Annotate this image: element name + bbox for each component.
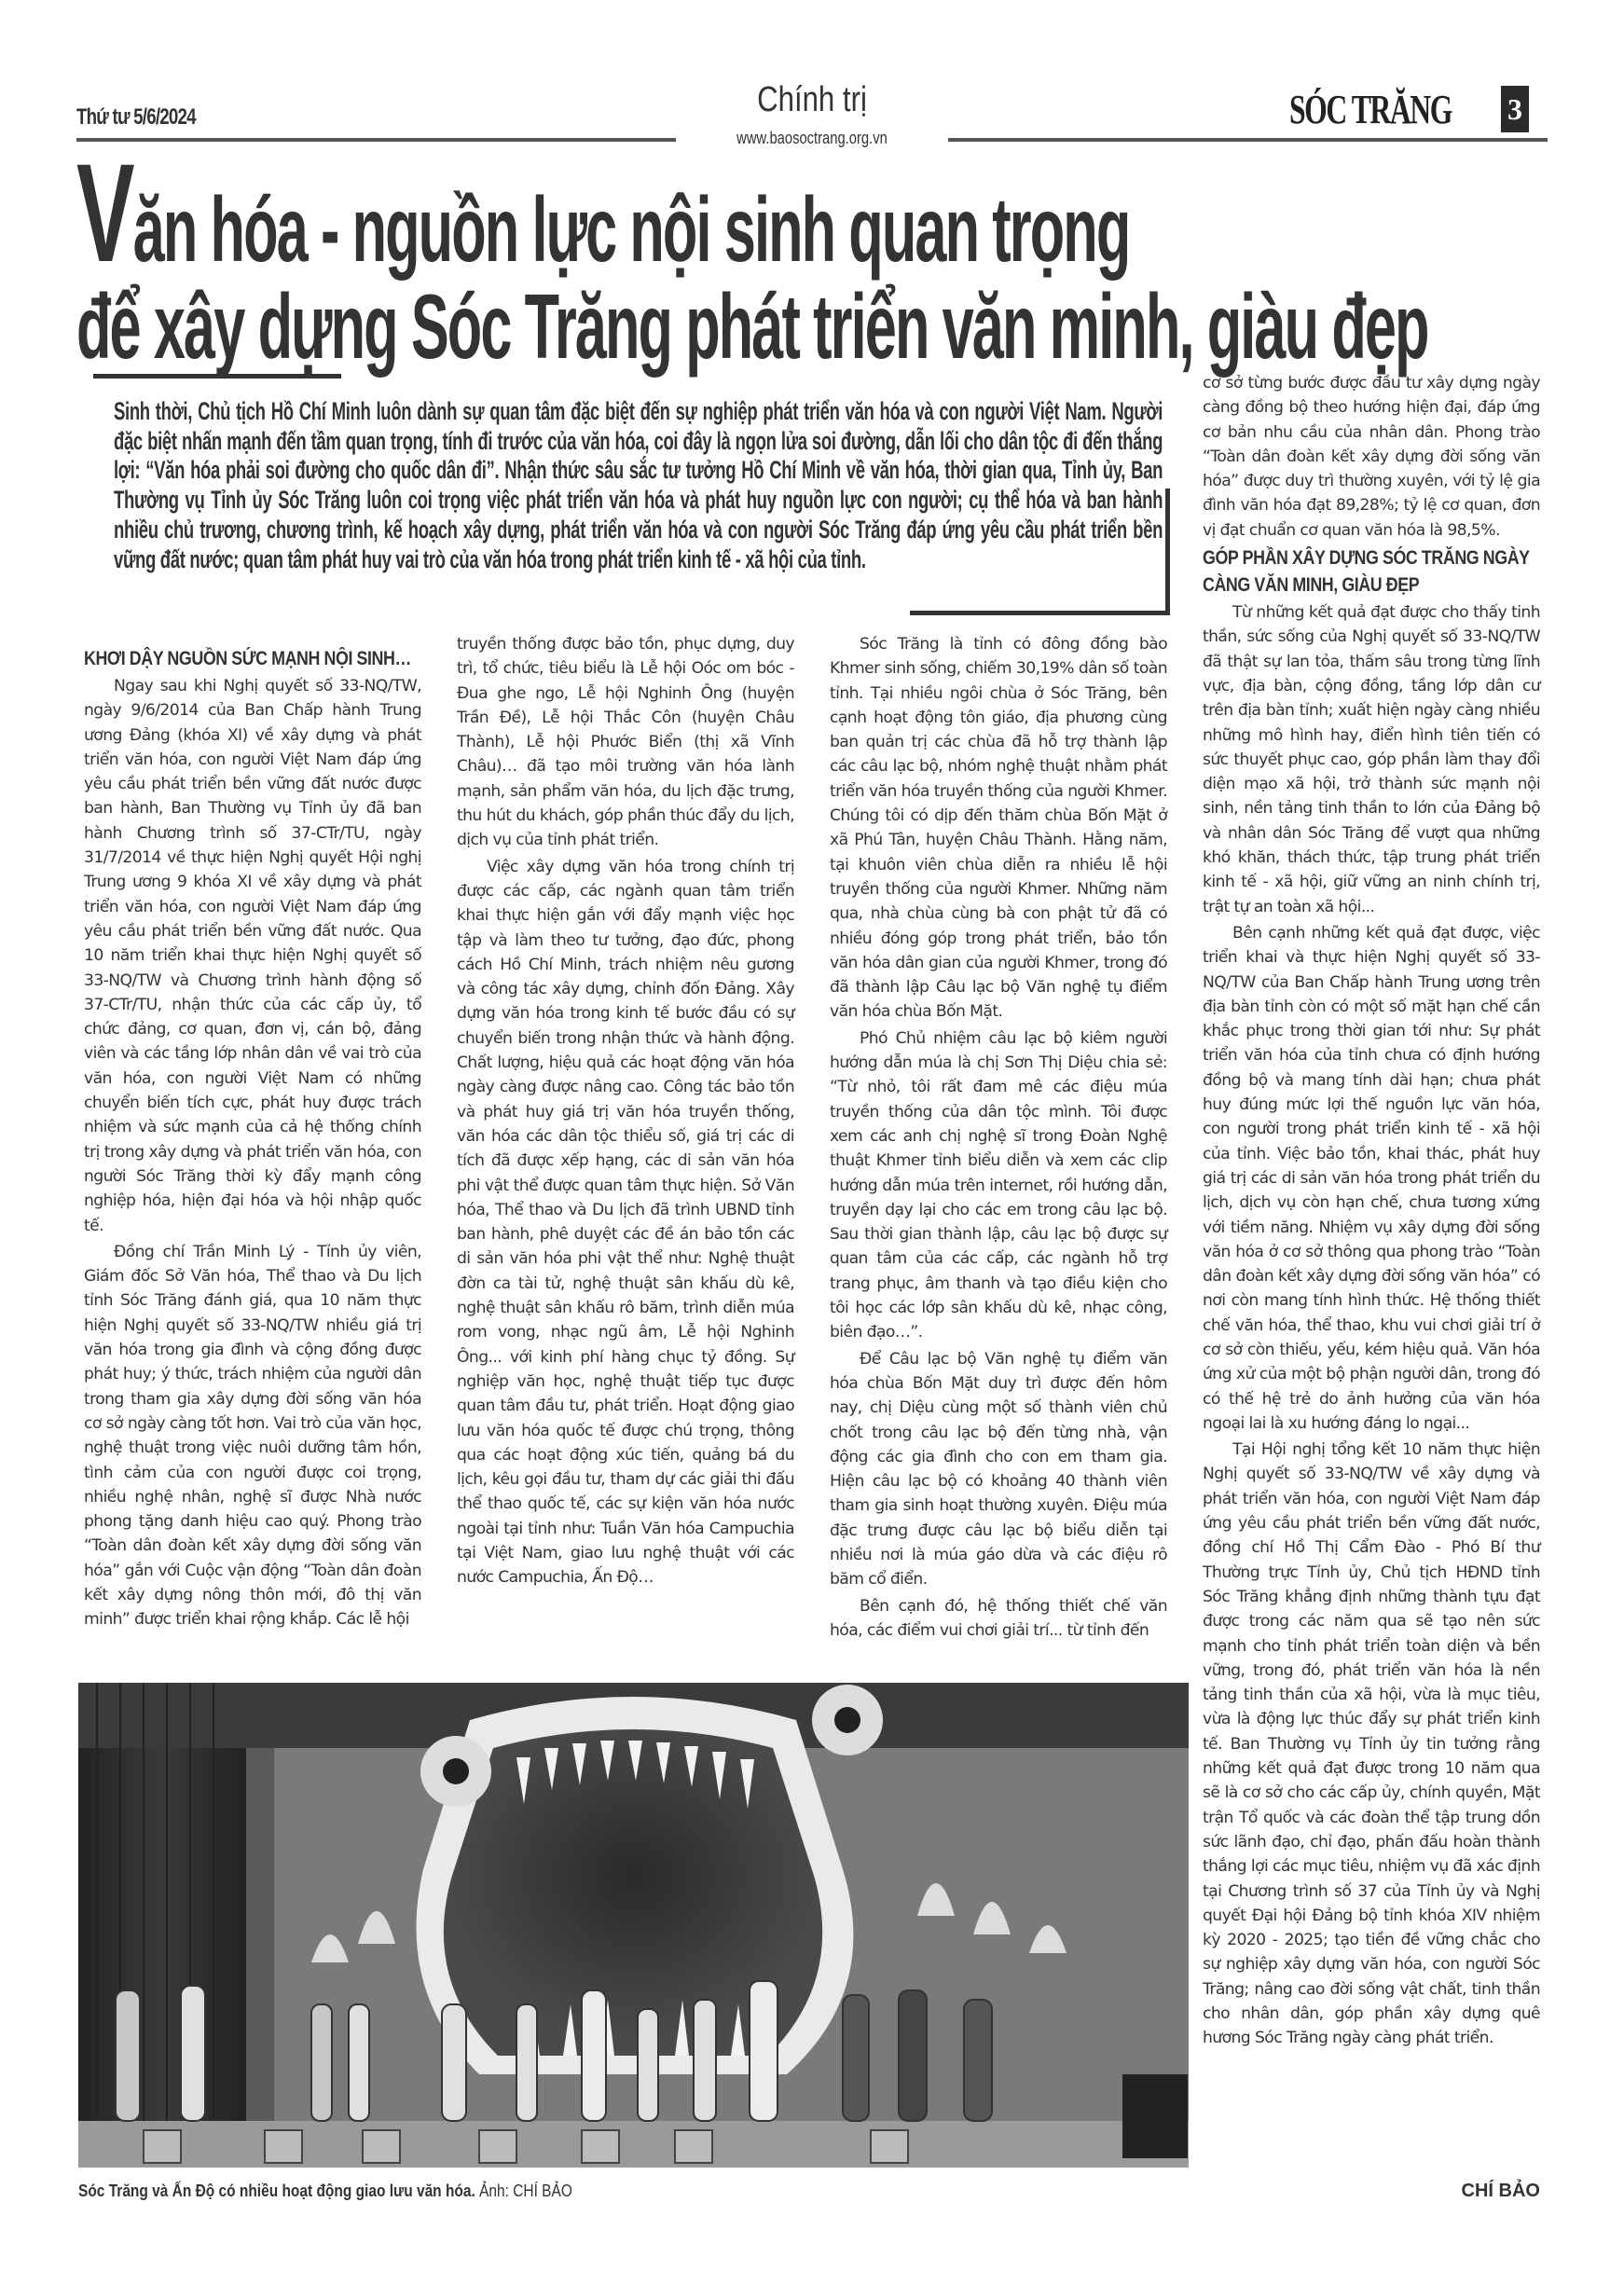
sapo-border-right bbox=[1165, 489, 1170, 615]
paragraph: Phó Chủ nhiệm câu lạc bộ kiêm người hướn… bbox=[830, 1026, 1167, 1345]
paragraph: Ngay sau khi Nghị quyết số 33-NQ/TW, ngà… bbox=[84, 674, 421, 1238]
headline-line-1: ăn hóa - nguồn lực nội sinh quan trọng bbox=[133, 178, 1130, 281]
author-byline: CHÍ BẢO bbox=[1398, 2181, 1540, 2202]
caption-text: Sóc Trăng và Ấn Độ có nhiều hoạt động gi… bbox=[78, 2182, 475, 2200]
masthead-rule-right bbox=[948, 138, 1548, 142]
sapo-border-top bbox=[93, 374, 341, 379]
body-column-2: truyền thống được bảo tồn, phục dựng, du… bbox=[457, 632, 794, 1592]
body-column-1: KHƠI DẬY NGUỒN SỨC MẠNH NỘI SINH… Ngay s… bbox=[84, 643, 421, 1634]
paragraph: Việc xây dựng văn hóa trong chính trị đư… bbox=[457, 855, 794, 1590]
stage-performance-photo-icon bbox=[78, 1683, 1189, 2168]
section-title: Chính trị bbox=[146, 80, 1478, 120]
newspaper-logo: SÓC TRĂNG bbox=[1289, 86, 1452, 133]
paragraph: Bên cạnh những kết quả đạt được, việc tr… bbox=[1203, 921, 1540, 1436]
paragraph: Để Câu lạc bộ Văn nghệ tụ điểm văn hóa c… bbox=[830, 1347, 1167, 1592]
body-column-3: Sóc Trăng là tỉnh có đông đồng bào Khmer… bbox=[830, 632, 1167, 1645]
paragraph: Từ những kết quả đạt được cho thấy tinh … bbox=[1203, 600, 1540, 919]
paragraph: Tại Hội nghị tổng kết 10 năm thực hiện N… bbox=[1203, 1438, 1540, 2050]
paragraph: Sóc Trăng là tỉnh có đông đồng bào Khmer… bbox=[830, 632, 1167, 1025]
paragraph: truyền thống được bảo tồn, phục dựng, du… bbox=[457, 632, 794, 853]
photo-credit: Ảnh: CHÍ BẢO bbox=[475, 2182, 572, 2200]
page-number-badge: 3 bbox=[1501, 86, 1529, 132]
paragraph: Bên cạnh đó, hệ thống thiết chế văn hóa,… bbox=[830, 1594, 1167, 1644]
headline-line-2: để xây dựng Sóc Trăng phát triển văn min… bbox=[76, 278, 1021, 375]
article-photo[interactable] bbox=[78, 1683, 1189, 2168]
article-lead-text: Sinh thời, Chủ tịch Hồ Chí Minh luôn dàn… bbox=[114, 397, 1163, 574]
body-column-4: cơ sở từng bước được đầu tư xây dựng ngà… bbox=[1203, 371, 1540, 2053]
paragraph: Đồng chí Trần Minh Lý - Tỉnh ủy viên, Gi… bbox=[84, 1240, 421, 1632]
subhead-1: KHƠI DẬY NGUỒN SỨC MẠNH NỘI SINH… bbox=[84, 645, 420, 672]
article-lead: Sinh thời, Chủ tịch Hồ Chí Minh luôn dàn… bbox=[114, 397, 1163, 574]
photo-caption: Sóc Trăng và Ấn Độ có nhiều hoạt động gi… bbox=[78, 2182, 572, 2201]
subhead-2: GÓP PHẦN XÂY DỰNG SÓC TRĂNG NGÀY CÀNG VĂ… bbox=[1203, 544, 1539, 599]
headline-dropcap: V bbox=[76, 134, 133, 291]
sapo-border-bottom bbox=[910, 611, 1170, 615]
paragraph: cơ sở từng bước được đầu tư xây dựng ngà… bbox=[1203, 371, 1540, 543]
masthead-rule-left bbox=[76, 138, 676, 142]
article-headline: Văn hóa - nguồn lực nội sinh quan trọng … bbox=[76, 164, 1021, 375]
